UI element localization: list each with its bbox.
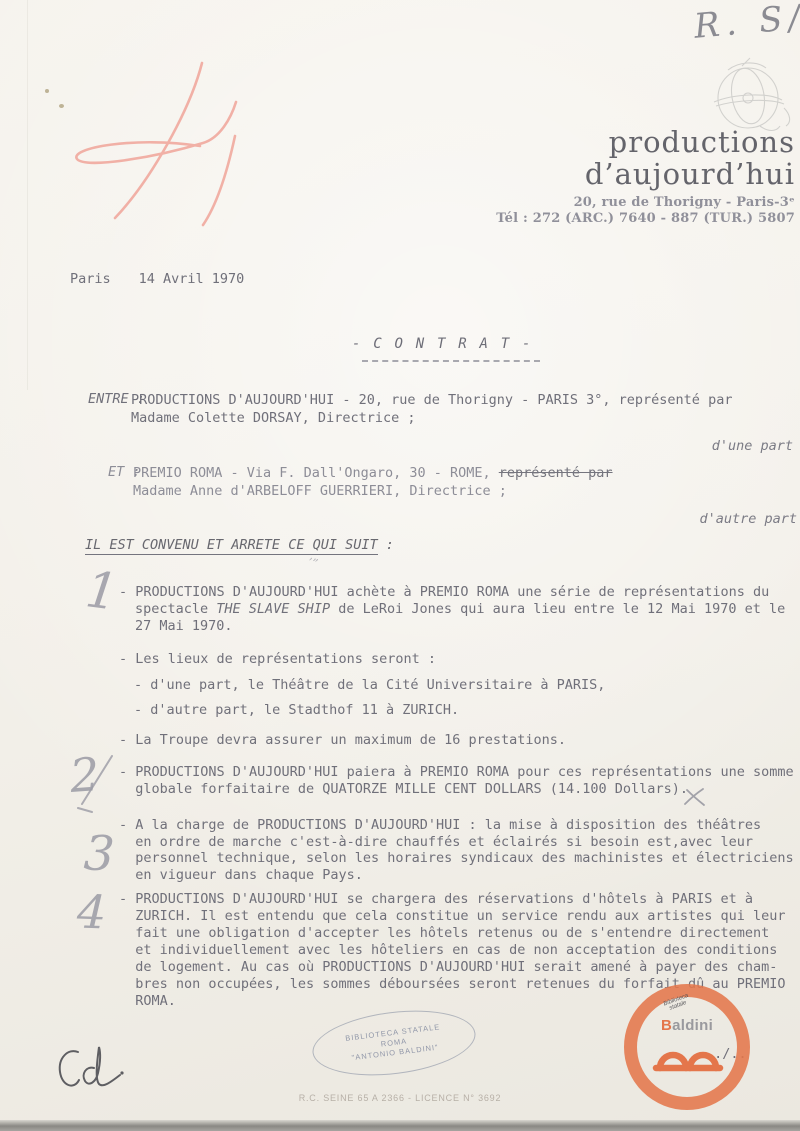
clause-1: - PRODUCTIONS D'AUJOURD'HUI achète à PRE… [119,584,785,635]
venue-zurich: - d'autre part, le Stadthof 11 à ZURICH. [134,702,459,719]
autre-part-label: d'autre part [699,511,797,527]
red-pencil-mark [65,58,265,243]
dateline: Paris14 Avril 1970 [70,271,244,288]
letterhead: productions d’aujourd’hui 20, rue de Tho… [496,126,795,226]
company-name-line2: d’aujourd’hui [496,158,795,190]
venue-paris: - d'une part, le Théâtre de la Cité Univ… [134,677,605,694]
une-part-label: d'une part [712,438,793,454]
margin-number-2-slash [70,752,116,814]
title-underline [362,360,540,362]
play-title: THE SLAVE SHIP [216,601,330,617]
watermark-book-icon [652,1034,724,1074]
margin-number-4: 4 [76,885,107,940]
clause-1-line1: - PRODUCTIONS D'AUJOURD'HUI achète à PRE… [119,584,785,601]
staple-rust-dot [45,89,49,93]
et-paragraph: PREMIO ROMA - Via F. Dall'Ongaro, 30 - R… [133,464,613,500]
venues-intro: - Les lieux de représentations seront : [119,651,436,668]
company-address: 20, rue de Thorigny - Paris-3ᵉ [496,195,795,210]
company-phone: Tél : 272 (ARC.) 7640 - 887 (TUR.) 5807 [496,211,795,226]
clause-3: - A la charge de PRODUCTIONS D'AUJOURD'H… [119,817,800,883]
agreement-heading: IL EST CONVENU ET ARRETE CE QUI SUIT : [85,537,394,554]
baldini-watermark: Biblioteca statale Baldini [624,984,750,1110]
clause-1-line3: 27 Mai 1970. [135,618,785,635]
troupe-clause: - La Troupe devra assurer un maximum de … [119,732,566,749]
dateline-city: Paris [70,271,111,287]
struck-text: représenté par [499,465,613,481]
entre-paragraph: PRODUCTIONS D'AUJOURD'HUI - 20, rue de T… [131,391,732,427]
globe-logo-sketch [698,56,796,136]
margin-number-3: 3 [83,825,116,883]
clause-1-line2: spectacle THE SLAVE SHIP de LeRoi Jones … [135,601,785,618]
watermark-brand: Baldini [624,1017,750,1034]
document-title: - C O N T R A T - [352,336,533,352]
handwritten-x-mark [683,788,705,806]
et-line1: PREMIO ROMA - Via F. Dall'Ongaro, 30 - R… [133,464,613,482]
company-name-line1: productions [496,126,795,158]
registration-footer: R.C. SEINE 65 A 2366 - LICENCE N° 3692 [0,1093,800,1103]
dateline-date: 14 Avril 1970 [139,271,245,287]
staple-rust-dot [59,104,64,108]
paper-fold-line [27,0,28,390]
et-line2: Madame Anne d'ARBELOFF GUERRIERI, Direct… [133,482,613,500]
handwritten-initials [48,1038,128,1096]
scan-bottom-edge [0,1120,800,1131]
